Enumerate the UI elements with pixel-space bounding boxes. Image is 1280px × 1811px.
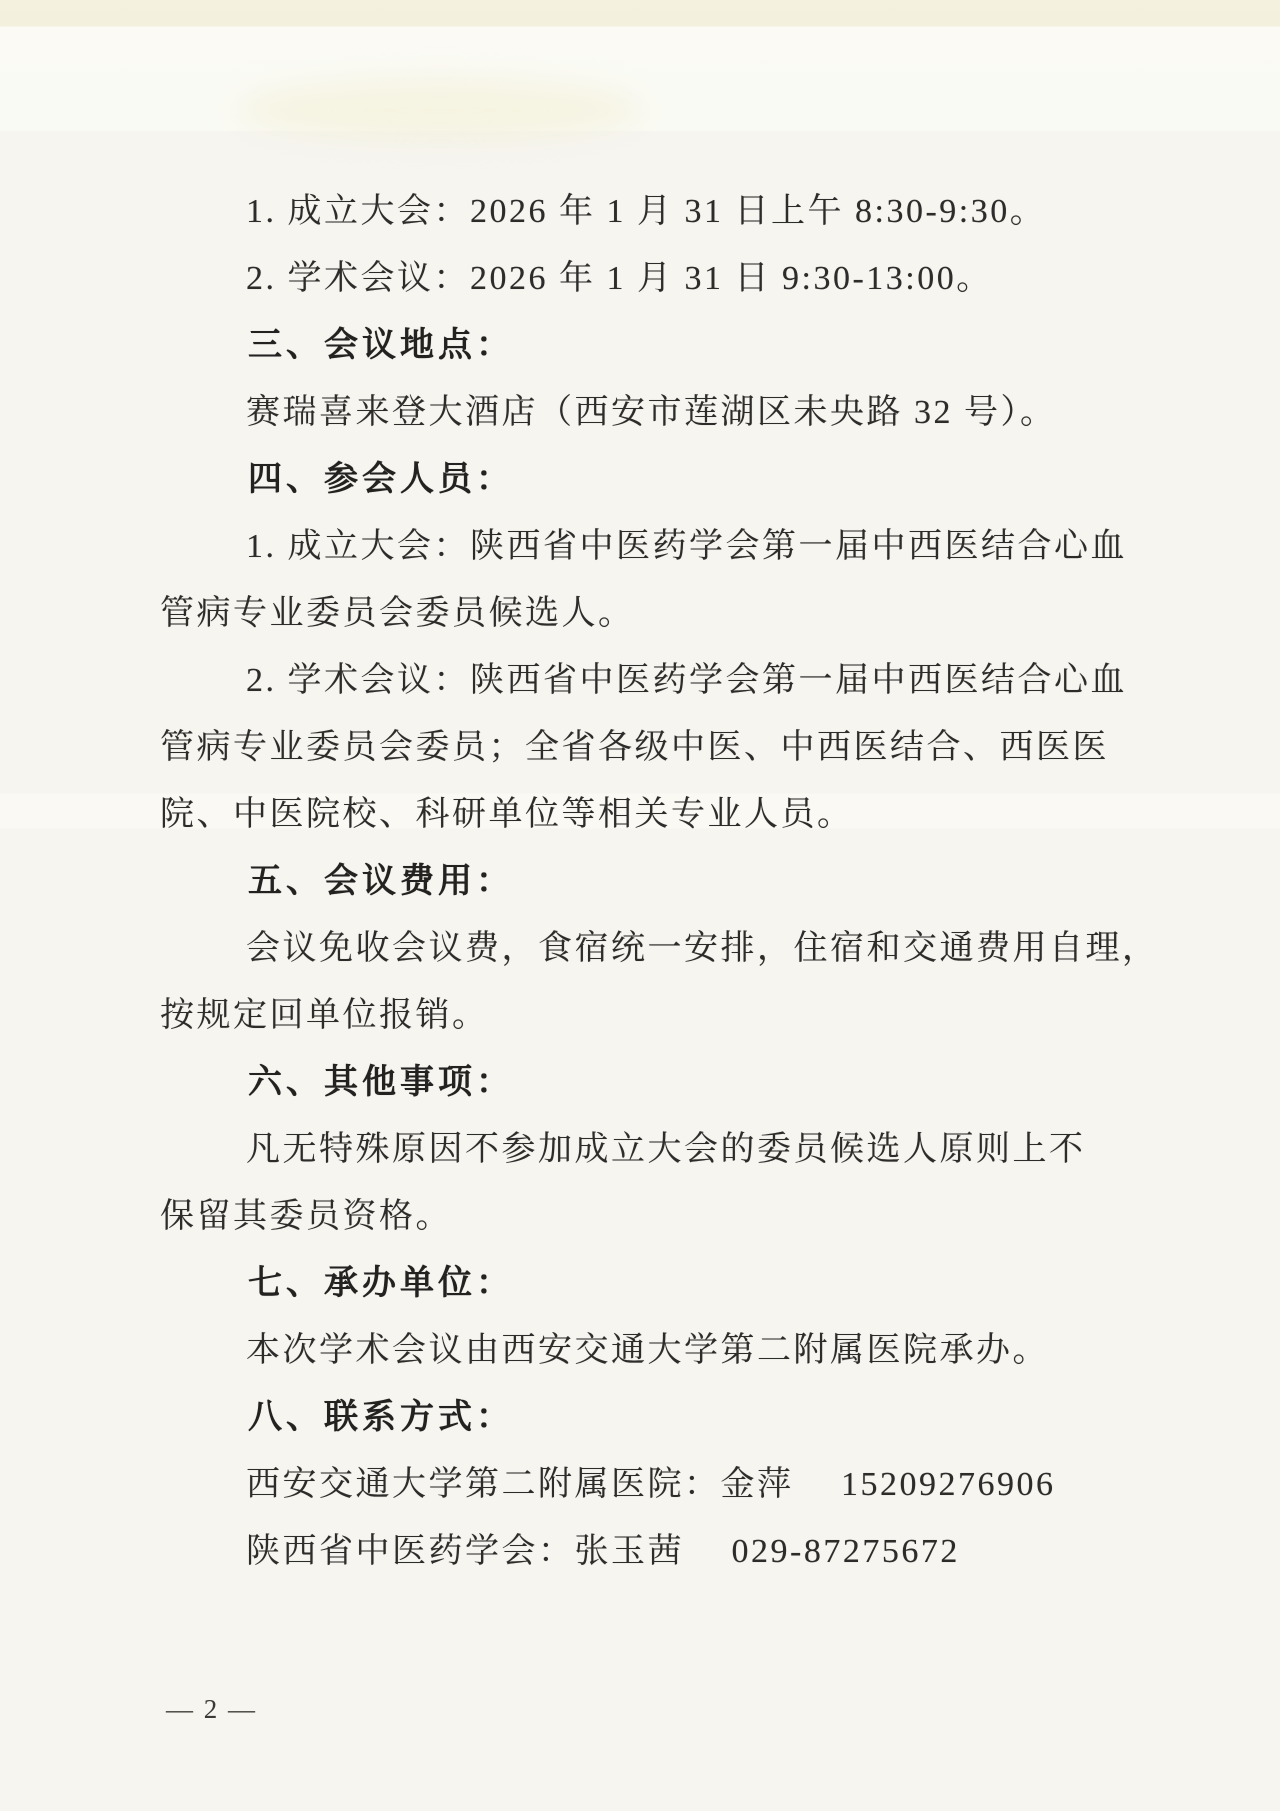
doc-line: 按规定回单位报销。: [160, 982, 1190, 1049]
doc-line: 院、中医院校、科研单位等相关专业人员。: [160, 781, 1190, 848]
doc-line: 管病专业委员会委员；全省各级中医、中西医结合、西医医: [160, 714, 1190, 781]
section-heading-other-matters: 六、其他事项：: [160, 1049, 1190, 1116]
doc-line: 管病专业委员会委员候选人。: [160, 580, 1190, 647]
doc-line: 1. 成立大会：陕西省中医药学会第一届中西医结合心血: [160, 513, 1190, 580]
doc-line: 赛瑞喜来登大酒店（西安市莲湖区未央路 32 号）。: [160, 379, 1190, 446]
doc-line: 会议免收会议费，食宿统一安排，住宿和交通费用自理，: [160, 915, 1190, 982]
doc-line: 保留其委员资格。: [160, 1183, 1190, 1250]
page-number: — 2 —: [166, 1694, 257, 1725]
doc-line contact-line: 西安交通大学第二附属医院：金萍 15209276906: [160, 1451, 1190, 1518]
section-heading-contact-info: 八、联系方式：: [160, 1384, 1190, 1451]
section-heading-participants: 四、参会人员：: [160, 446, 1190, 513]
doc-line: 2. 学术会议：陕西省中医药学会第一届中西医结合心血: [160, 647, 1190, 714]
doc-line: 凡无特殊原因不参加成立大会的委员候选人原则上不: [160, 1116, 1190, 1183]
scan-artifact: [240, 80, 640, 140]
doc-line: 1. 成立大会：2026 年 1 月 31 日上午 8:30-9:30。: [160, 178, 1190, 245]
section-heading-meeting-location: 三、会议地点：: [160, 312, 1190, 379]
doc-line contact-line: 陕西省中医药学会：张玉茜 029-87275672: [160, 1518, 1190, 1585]
section-heading-meeting-fees: 五、会议费用：: [160, 848, 1190, 915]
doc-line: 本次学术会议由西安交通大学第二附属医院承办。: [160, 1317, 1190, 1384]
scanned-document-page: 1. 成立大会：2026 年 1 月 31 日上午 8:30-9:30。 2. …: [0, 0, 1280, 1811]
document-body: 1. 成立大会：2026 年 1 月 31 日上午 8:30-9:30。 2. …: [160, 178, 1190, 1585]
section-heading-organizer: 七、承办单位：: [160, 1250, 1190, 1317]
doc-line: 2. 学术会议：2026 年 1 月 31 日 9:30-13:00。: [160, 245, 1190, 312]
